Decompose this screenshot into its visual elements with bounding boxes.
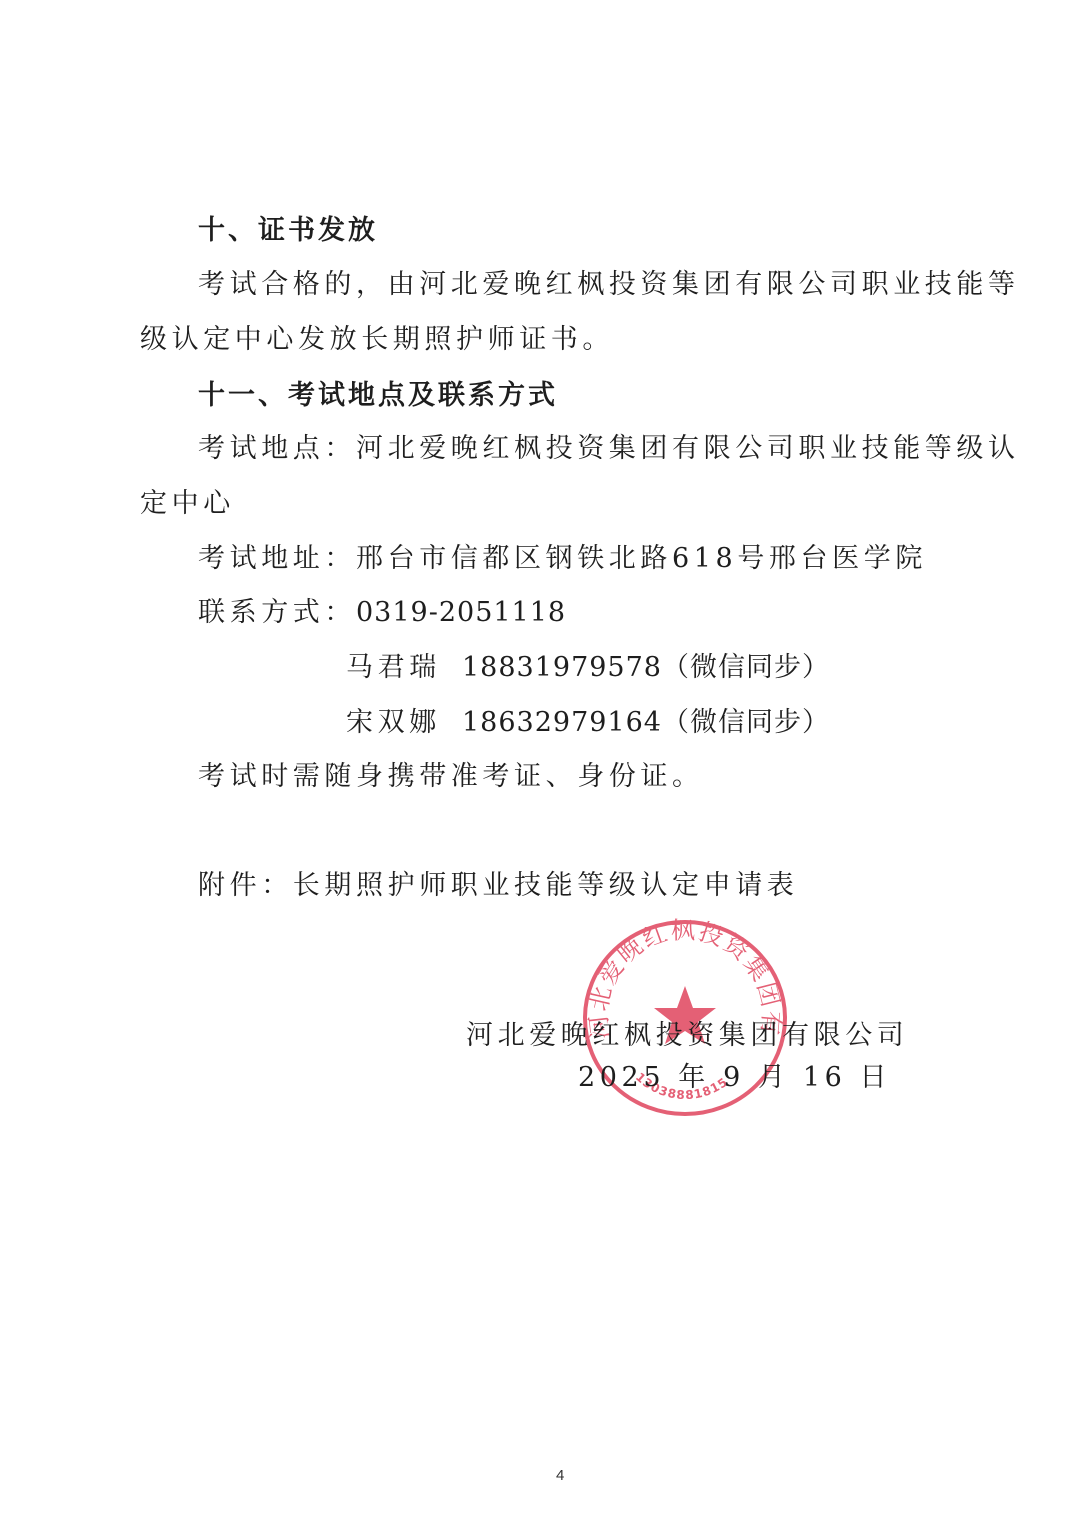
section-11-heading: 十一、考试地点及联系方式 [198,376,558,416]
signature-organization: 河北爱晚红枫投资集团有限公司 [466,1016,908,1056]
signature-date: 2025 年 9 月 16 日 [578,1058,891,1098]
contact-person-row: 马君瑞18831979578（微信同步） [346,648,830,688]
contact-label: 联系方式： [198,597,356,628]
exam-note: 考试时需随身携带准考证、身份证。 [198,757,704,797]
section-10-paragraph-line-2: 级认定中心发放长期照护师证书。 [140,320,614,360]
contact-person-phone: 18831979578（微信同步） [462,648,830,688]
page-number: 4 [556,1467,564,1484]
exam-location-line-2: 定中心 [140,484,235,524]
contact-person-name: 马君瑞 [346,648,462,688]
contact-person-phone: 18632979164（微信同步） [462,703,830,743]
contact-phone: 0319-2051118 [356,597,566,628]
exam-location-line-1: 考试地点：河北爱晚红枫投资集团有限公司职业技能等级认 [198,429,1020,469]
section-10-paragraph-line-1: 考试合格的，由河北爱晚红枫投资集团有限公司职业技能等 [198,265,1020,305]
contact-person-name: 宋双娜 [346,703,462,743]
exam-address: 考试地址：邢台市信都区钢铁北路618号邢台医学院 [198,539,927,579]
document-page: 十、证书发放 考试合格的，由河北爱晚红枫投资集团有限公司职业技能等 级认定中心发… [0,0,1080,1526]
contact-person-row: 宋双娜18632979164（微信同步） [346,703,830,743]
attachment-line: 附件：长期照护师职业技能等级认定申请表 [198,866,798,906]
section-10-heading: 十、证书发放 [198,211,378,251]
contact-line: 联系方式：0319-2051118 [198,593,566,633]
